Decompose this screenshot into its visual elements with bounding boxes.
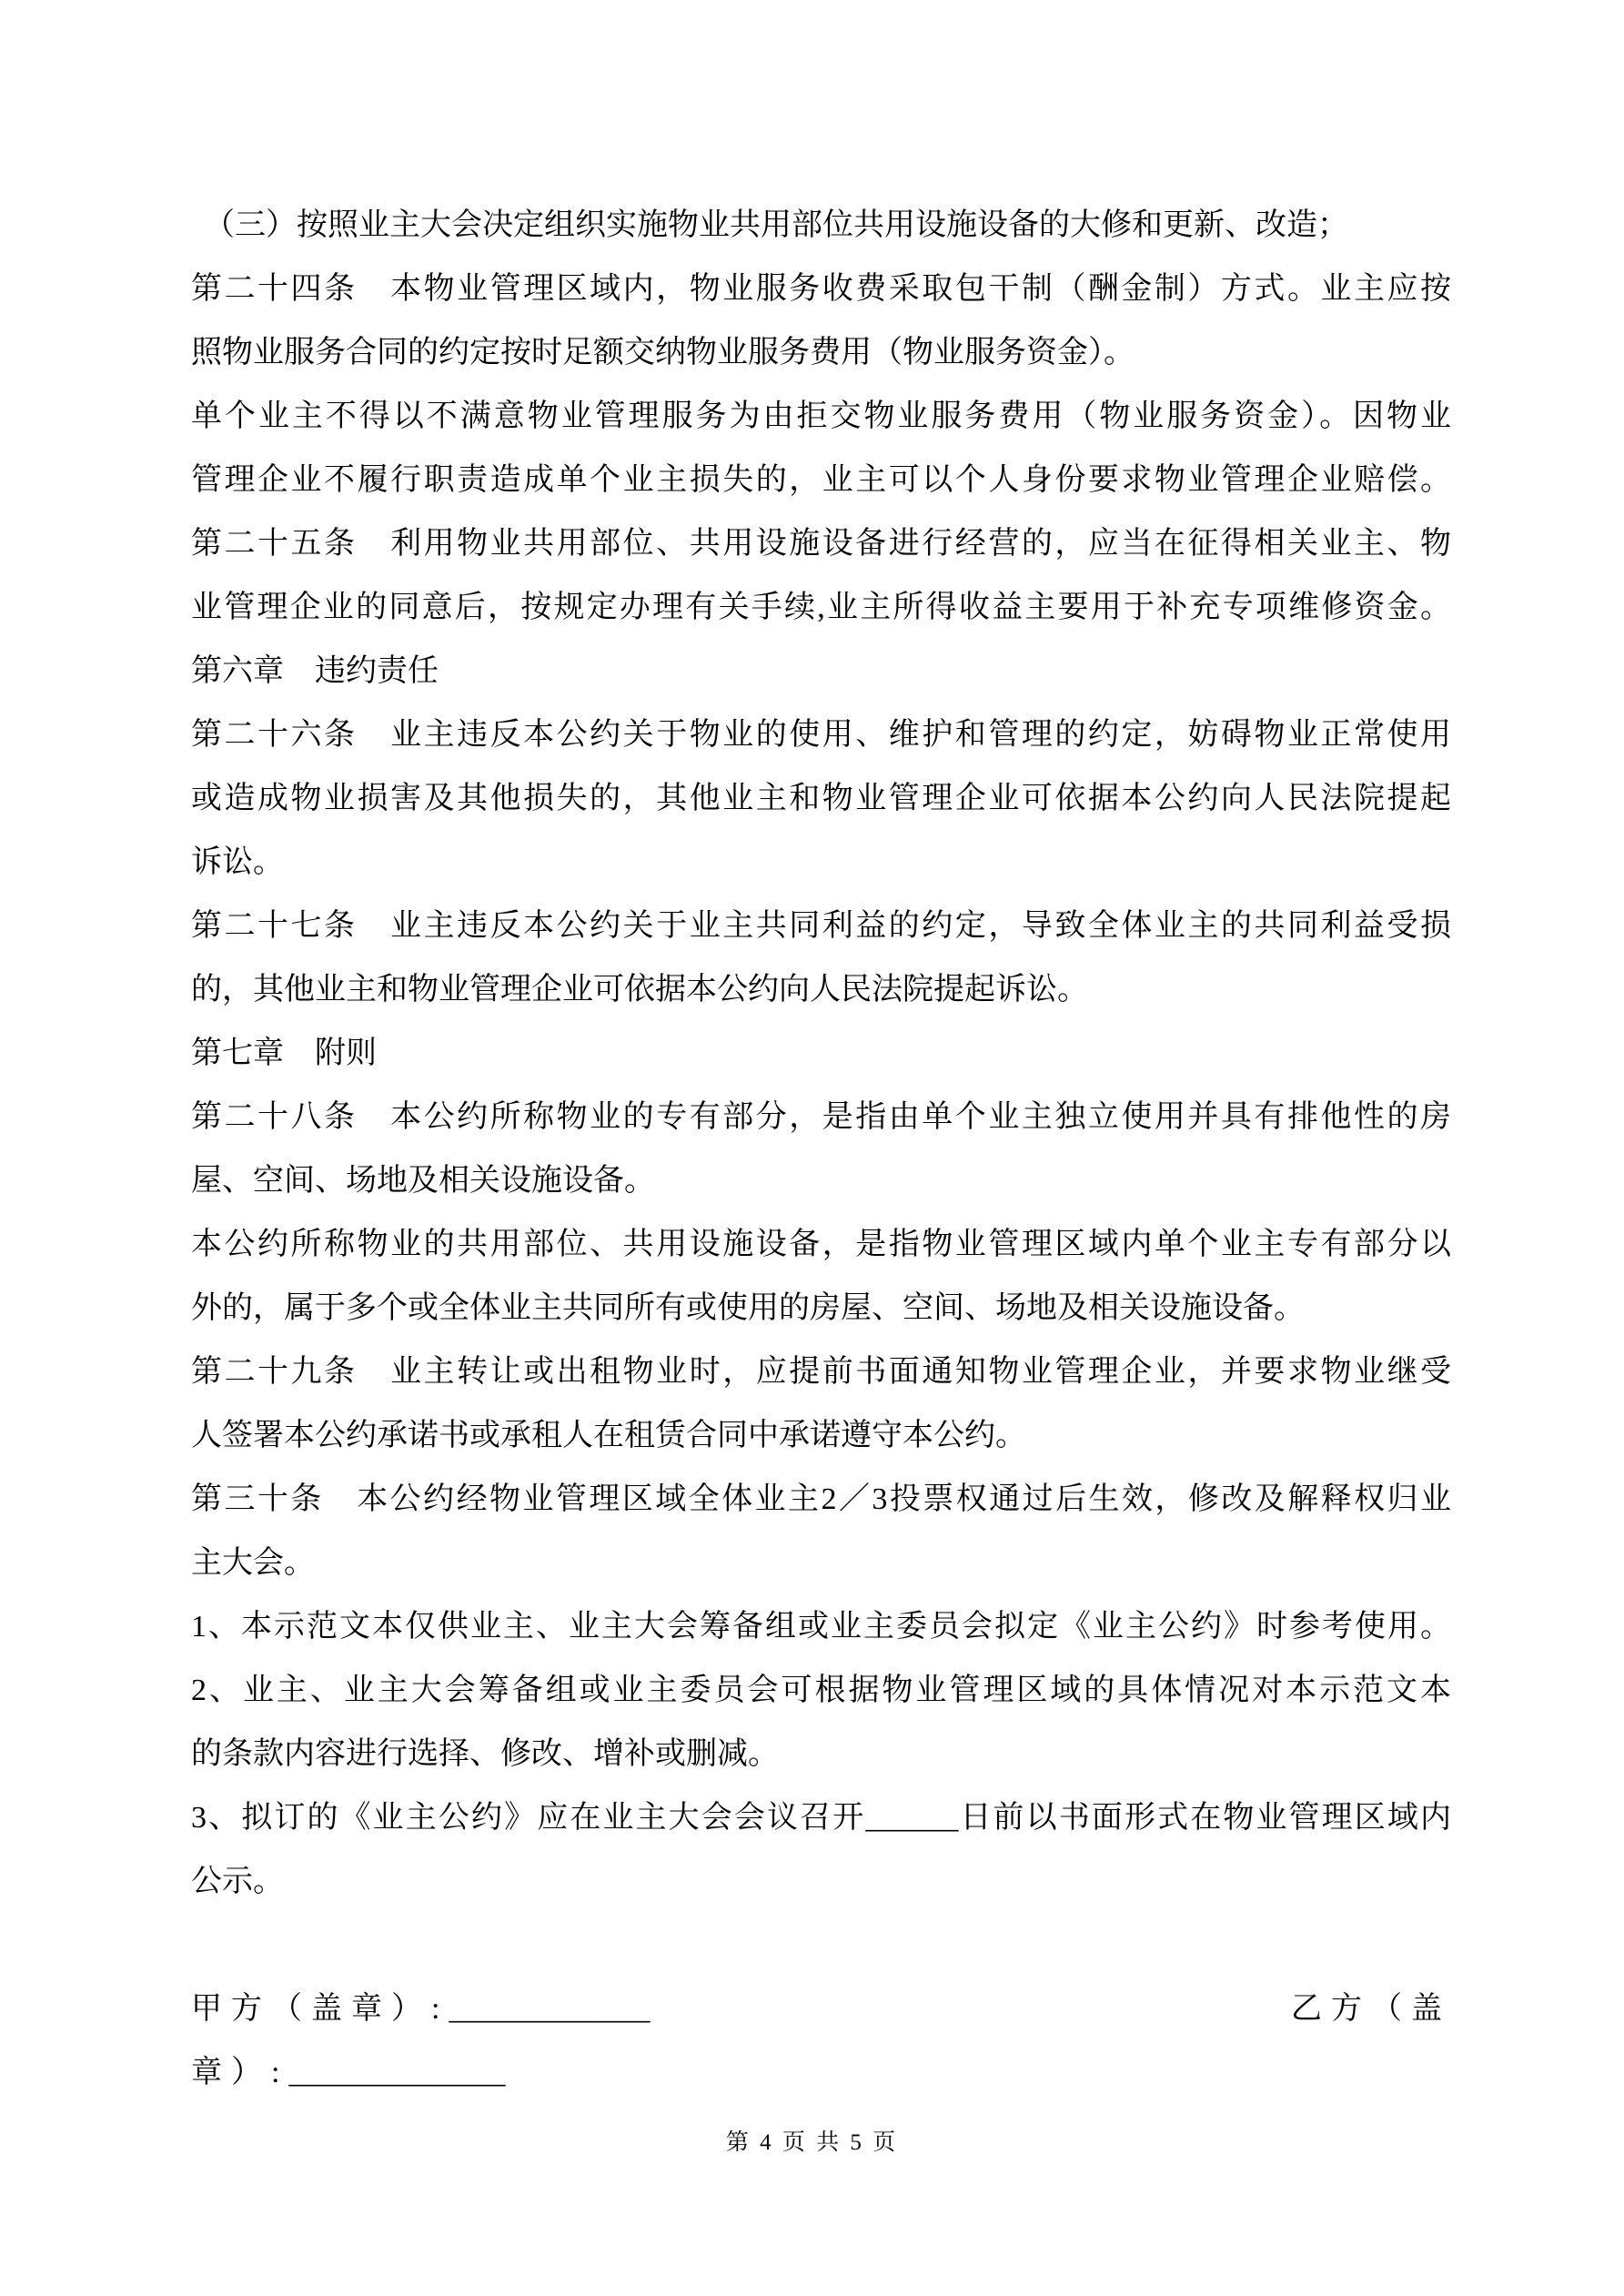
party-a-signature-blank: _____________ — [449, 1992, 650, 2026]
document-line: 管理企业不履行职责造成单个业主损失的，业主可以个人身份要求物业管理企业赔偿。 — [191, 449, 1451, 512]
document-line: 2、业主、业主大会筹备组或业主委员会可根据物业管理区域的具体情况对本示范文本 — [191, 1659, 1451, 1723]
document-line: 业管理企业的同意后，按规定办理有关手续,业主所得收益主要用于补充专项维修资金。 — [191, 576, 1451, 640]
document-line: 第三十条 本公约经物业管理区域全体业主2／3投票权通过后生效，修改及解释权归业 — [191, 1468, 1451, 1532]
document-line: 3、拟订的《业主公约》应在业主大会会议召开______日前以书面形式在物业管理区… — [191, 1786, 1451, 1850]
page-footer: 第 4 页 共 5 页 — [0, 2120, 1624, 2166]
document-line: 公示。 — [191, 1850, 1451, 1914]
party-b-label-continuation: 章）: — [191, 2056, 288, 2089]
page-number: 第 4 页 共 5 页 — [726, 2130, 898, 2155]
chapter-heading: 第六章 违约责任 — [191, 640, 1451, 703]
document-line: 的条款内容进行选择、修改、增补或删减。 — [191, 1723, 1451, 1786]
signature-row-continued: 章）:______________ — [191, 2041, 1451, 2105]
document-line: 第二十五条 利用物业共用部位、共用设施设备进行经营的，应当在征得相关业主、物 — [191, 512, 1451, 576]
party-b-label: 乙方（盖 — [1291, 1977, 1451, 2041]
document-line: 外的，属于多个或全体业主共同所有或使用的房屋、空间、场地及相关设施设备。 — [191, 1277, 1451, 1340]
document-page: { "doc": { "lines": [ { "text": "（三）按照业主… — [0, 0, 1624, 2296]
document-line: 屋、空间、场地及相关设施设备。 — [191, 1149, 1451, 1213]
document-body: （三）按照业主大会决定组织实施物业共用部位共用设施设备的大修和更新、改造； 第二… — [191, 194, 1451, 2105]
document-line: 诉讼。 — [191, 831, 1451, 895]
party-b-signature-blank: ______________ — [288, 2056, 505, 2089]
document-line: 第二十八条 本公约所称物业的专有部分，是指由单个业主独立使用并具有排他性的房 — [191, 1086, 1451, 1149]
party-a-field: 甲方（盖章）:_____________ — [191, 1977, 650, 2041]
signature-row: 甲方（盖章）:_____________ 乙方（盖 — [191, 1977, 1451, 2041]
chapter-heading: 第七章 附则 — [191, 1022, 1451, 1086]
document-line: 本公约所称物业的共用部位、共用设施设备，是指物业管理区域内单个业主专有部分以 — [191, 1213, 1451, 1277]
document-line: 照物业服务合同的约定按时足额交纳物业服务费用（物业服务资金）。 — [191, 321, 1451, 385]
document-line: 第二十九条 业主转让或出租物业时，应提前书面通知物业管理企业，并要求物业继受 — [191, 1340, 1451, 1404]
document-line: 主大会。 — [191, 1532, 1451, 1595]
document-line: 或造成物业损害及其他损失的，其他业主和物业管理企业可依据本公约向人民法院提起 — [191, 767, 1451, 831]
document-line: 第二十七条 业主违反本公约关于业主共同利益的约定，导致全体业主的共同利益受损 — [191, 895, 1451, 958]
document-line: 第二十四条 本物业管理区域内，物业服务收费采取包干制（酬金制）方式。业主应按 — [191, 258, 1451, 321]
document-line: 的，其他业主和物业管理企业可依据本公约向人民法院提起诉讼。 — [191, 958, 1451, 1022]
document-line: 1、本示范文本仅供业主、业主大会筹备组或业主委员会拟定《业主公约》时参考使用。 — [191, 1595, 1451, 1659]
document-line: （三）按照业主大会决定组织实施物业共用部位共用设施设备的大修和更新、改造； — [191, 194, 1451, 258]
party-a-label: 甲方（盖章）: — [191, 1992, 449, 2026]
document-line: 单个业主不得以不满意物业管理服务为由拒交物业服务费用（物业服务资金）。因物业 — [191, 385, 1451, 449]
document-line: 人签署本公约承诺书或承租人在租赁合同中承诺遵守本公约。 — [191, 1404, 1451, 1468]
document-line: 第二十六条 业主违反本公约关于物业的使用、维护和管理的约定，妨碍物业正常使用 — [191, 703, 1451, 767]
